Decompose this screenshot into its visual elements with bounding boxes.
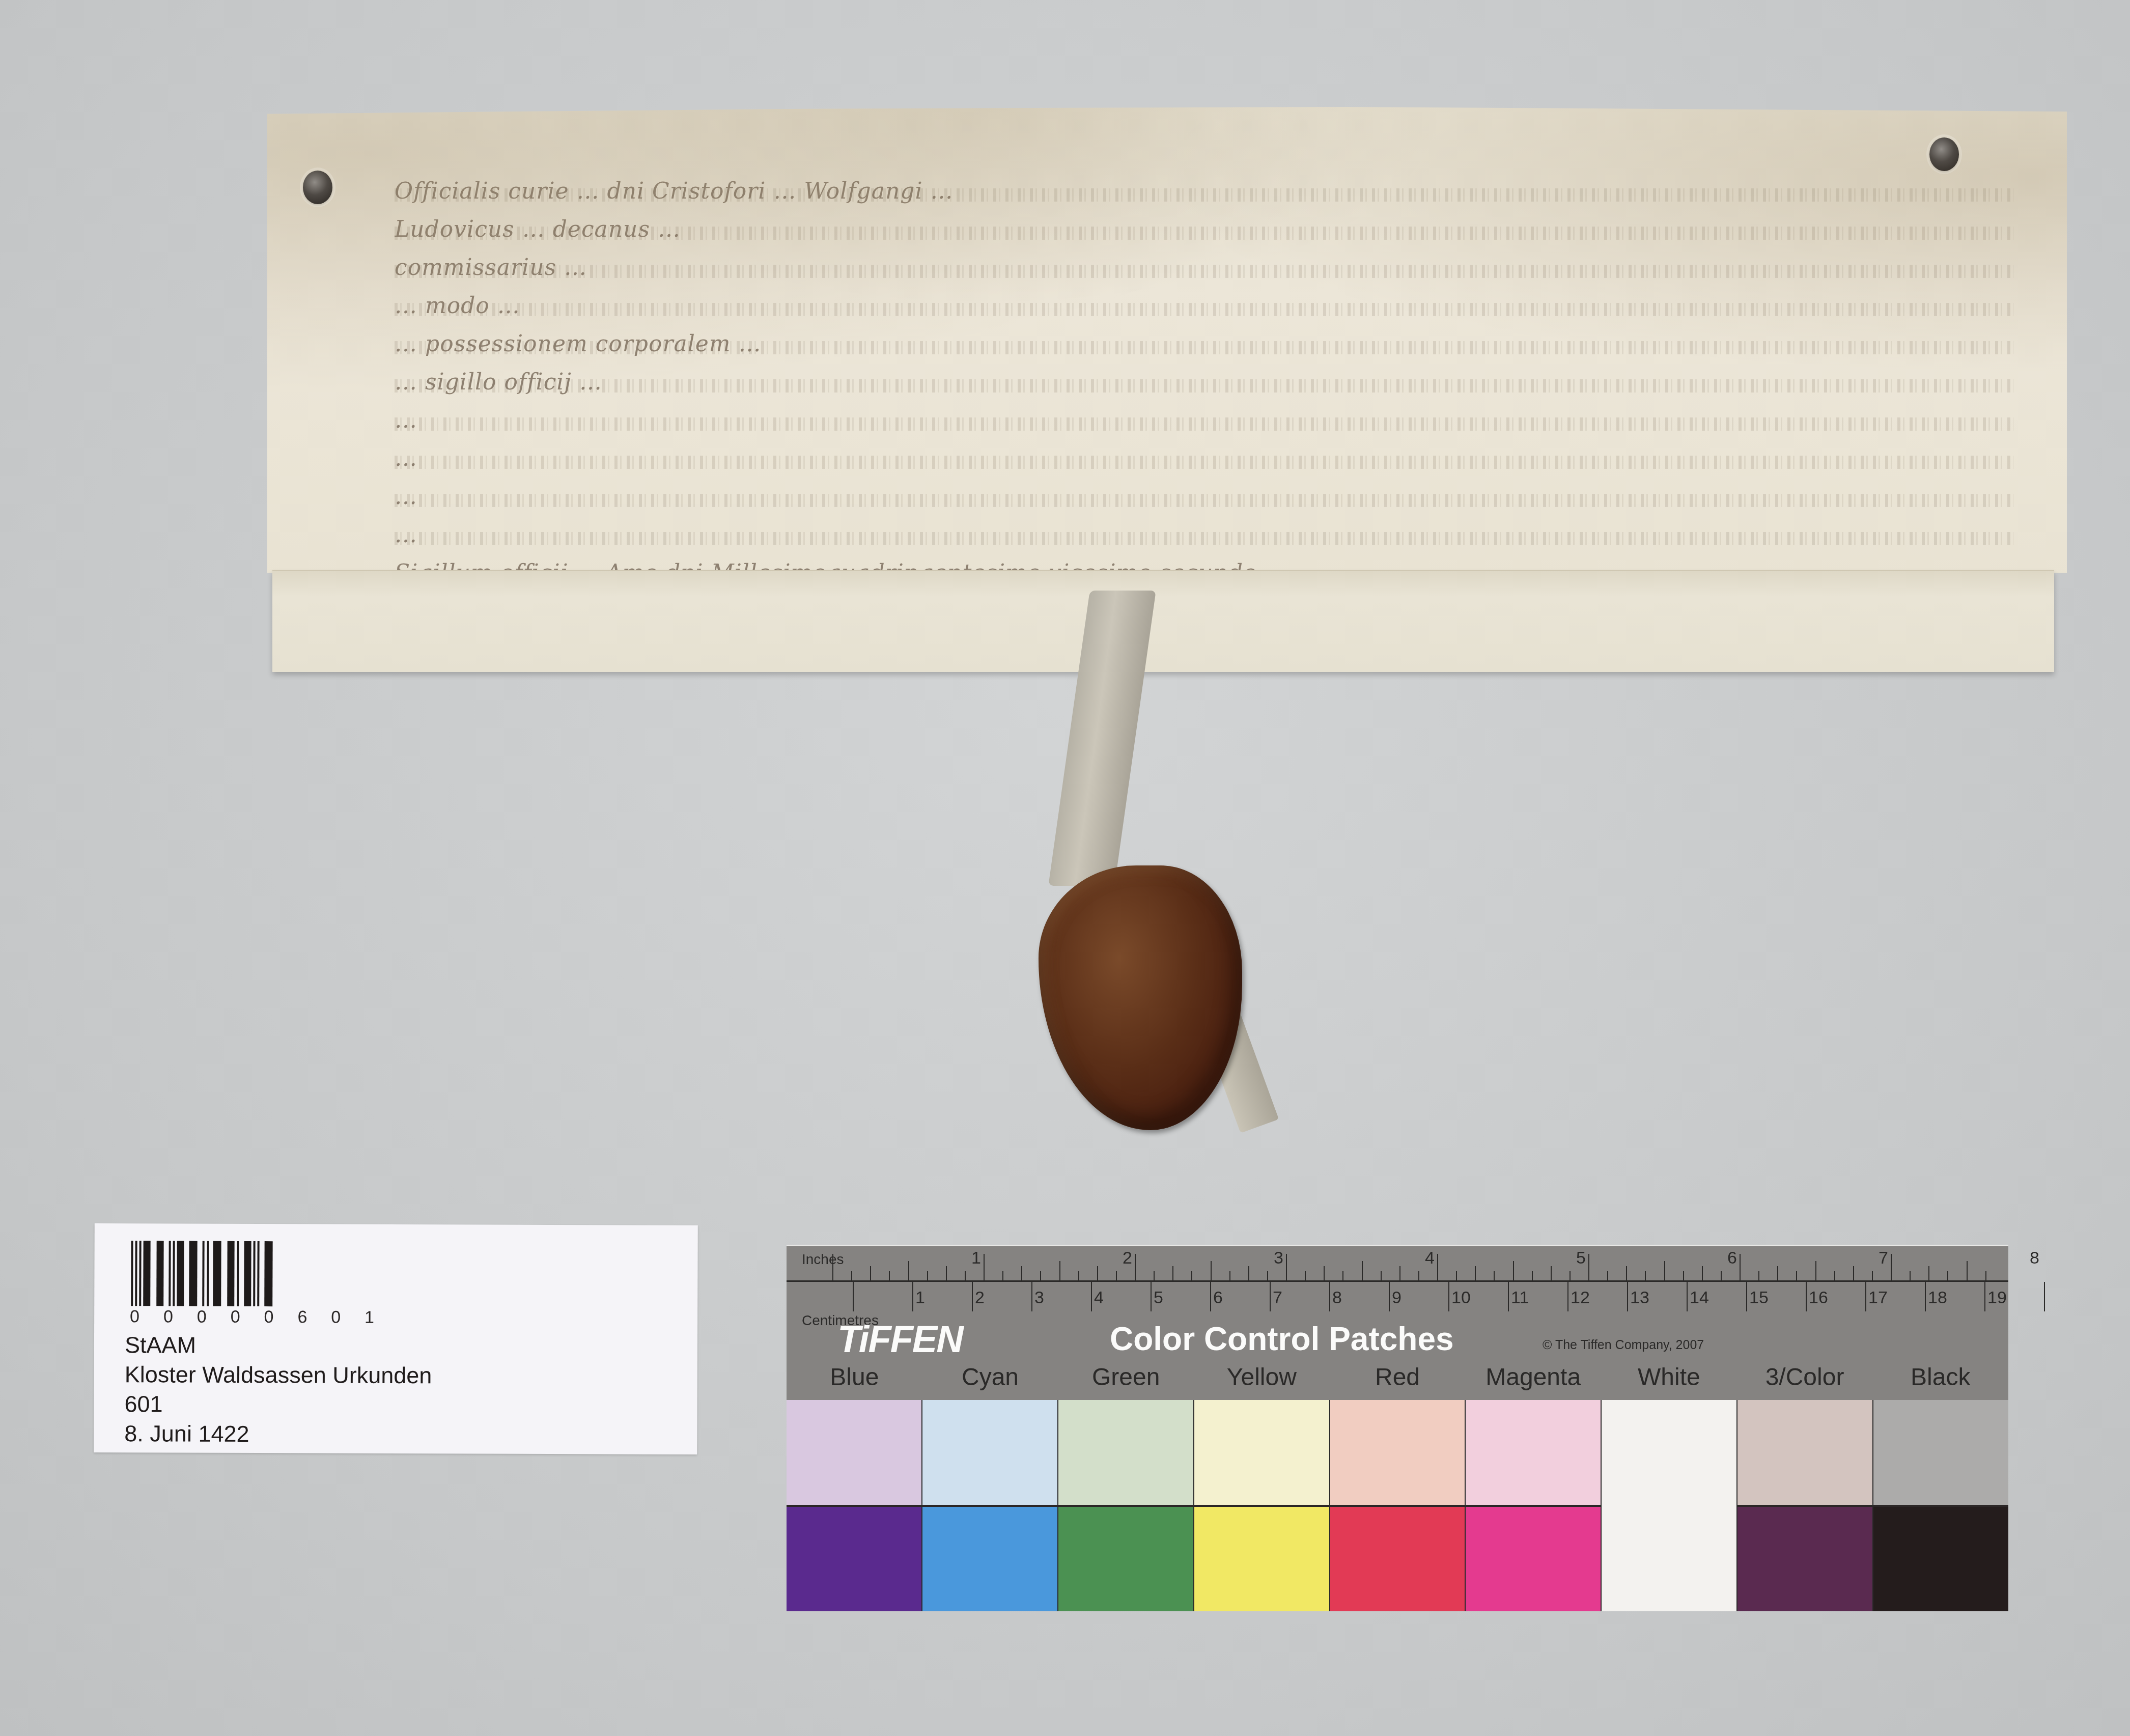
- mounting-rivet-right: [1929, 137, 1959, 171]
- cm-tick: [1687, 1282, 1688, 1311]
- inch-tick: [1362, 1261, 1363, 1280]
- inch-tick: [1683, 1271, 1684, 1280]
- copyright: © The Tiffen Company, 2007: [1543, 1338, 1704, 1353]
- patch-light: [1194, 1400, 1329, 1505]
- archive-label: 0 0 0 0 0 6 0 1 StAAM Kloster Waldsassen…: [94, 1223, 698, 1454]
- cm-number: 8: [1332, 1288, 1342, 1308]
- inch-number: 1: [971, 1248, 981, 1268]
- inch-tick: [1248, 1266, 1249, 1280]
- inch-tick: [1702, 1266, 1703, 1280]
- inch-tick: [1191, 1271, 1192, 1280]
- cm-tick: [1151, 1282, 1152, 1311]
- cm-tick: [1329, 1282, 1330, 1311]
- cm-tick: [1210, 1282, 1211, 1311]
- cm-number: 2: [975, 1288, 985, 1308]
- charter-text-area: Officialis curie … dni Cristofori … Wolf…: [267, 107, 2067, 573]
- cm-number: 17: [1868, 1288, 1888, 1308]
- inch-tick: [1116, 1271, 1117, 1280]
- inch-tick: [889, 1271, 890, 1280]
- cm-number: 1: [915, 1288, 925, 1308]
- color-patches: [787, 1400, 2008, 1611]
- inch-tick: [946, 1266, 947, 1280]
- inch-tick: [1626, 1266, 1627, 1280]
- inch-tick: [1286, 1254, 1287, 1280]
- charter-date: 8. Juni 1422: [124, 1419, 432, 1449]
- inch-tick: [1947, 1271, 1948, 1280]
- inch-tick: [1513, 1261, 1514, 1280]
- cm-tick: [1508, 1282, 1509, 1311]
- patch-light: [1873, 1400, 2008, 1505]
- inch-tick: [965, 1271, 966, 1280]
- script-line: … modo …: [395, 293, 2013, 324]
- patch-names: Blue Cyan Green Yellow Red Magenta White…: [787, 1363, 2008, 1391]
- inch-tick: [1570, 1271, 1571, 1280]
- patch-name-yellow: Yellow: [1194, 1363, 1330, 1391]
- patch-column-white: [1601, 1400, 1736, 1611]
- inch-tick: [1381, 1271, 1382, 1280]
- patch-column-3color: [1736, 1400, 1872, 1611]
- inch-tick: [1796, 1271, 1797, 1280]
- inch-tick: [1721, 1271, 1722, 1280]
- inch-tick: [1815, 1261, 1816, 1280]
- inch-tick: [1342, 1271, 1343, 1280]
- cm-number: 5: [1154, 1288, 1163, 1308]
- inch-tick: [1588, 1254, 1589, 1280]
- cm-tick: [1389, 1282, 1390, 1311]
- patch-column-red: [1329, 1400, 1465, 1611]
- inch-tick: [1002, 1271, 1003, 1280]
- patch-name-red: Red: [1330, 1363, 1466, 1391]
- script-line: …: [395, 522, 2013, 553]
- cm-tick: [853, 1282, 854, 1311]
- inch-number: 6: [1727, 1248, 1737, 1268]
- parchment-charter: Officialis curie … dni Cristofori … Wolf…: [267, 107, 2067, 672]
- cm-tick: [1448, 1282, 1449, 1311]
- cm-number: 7: [1273, 1288, 1282, 1308]
- inch-tick: [1494, 1271, 1495, 1280]
- inch-tick: [908, 1261, 909, 1280]
- inch-tick: [1154, 1271, 1155, 1280]
- mounting-rivet-left: [303, 171, 332, 204]
- inch-tick: [1475, 1266, 1476, 1280]
- script-line: commissarius …: [395, 255, 2013, 286]
- patch-light: [1330, 1400, 1465, 1505]
- cm-number: 16: [1809, 1288, 1828, 1308]
- collection: Kloster Waldsassen Urkunden: [125, 1360, 432, 1390]
- inches-label: Inches: [802, 1251, 844, 1268]
- cm-number: 12: [1571, 1288, 1590, 1308]
- handwritten-text: Officialis curie … dni Cristofori … Wolf…: [395, 178, 2013, 598]
- script-line: … possessionem corporalem …: [395, 331, 2013, 362]
- cm-number: 9: [1392, 1288, 1402, 1308]
- cm-tick: [2044, 1282, 2045, 1311]
- inch-tick: [1418, 1271, 1419, 1280]
- cm-tick: [1567, 1282, 1568, 1311]
- inch-tick: [1853, 1266, 1854, 1280]
- patch-dark: [787, 1505, 921, 1612]
- patch-light: [1058, 1400, 1193, 1505]
- script-line: … sigillo officij …: [395, 369, 2013, 401]
- label-text: StAAM Kloster Waldsassen Urkunden 601 8.…: [124, 1330, 432, 1449]
- inch-tick: [1607, 1271, 1608, 1280]
- patch-dark: [922, 1505, 1057, 1612]
- inch-tick: [1891, 1254, 1892, 1280]
- patch-name-green: Green: [1058, 1363, 1194, 1391]
- inch-tick: [1040, 1271, 1041, 1280]
- cm-number: 10: [1451, 1288, 1471, 1308]
- inch-tick: [1059, 1261, 1060, 1280]
- cm-number: 14: [1690, 1288, 1709, 1308]
- inch-tick: [927, 1271, 928, 1280]
- patch-light: [787, 1400, 921, 1505]
- cm-number: 6: [1213, 1288, 1223, 1308]
- patch-dark: [1330, 1505, 1465, 1612]
- tiffen-color-chart: Inches 123456781234567891011121314151617…: [787, 1245, 2008, 1611]
- patch-light: [1466, 1400, 1601, 1505]
- inch-tick: [1456, 1271, 1457, 1280]
- cm-number: 3: [1034, 1288, 1044, 1308]
- patch-column-magenta: [1465, 1400, 1601, 1611]
- inch-tick: [1967, 1261, 1968, 1280]
- ruler-line: [787, 1280, 2008, 1282]
- patch-column-cyan: [921, 1400, 1057, 1611]
- script-line: …: [395, 484, 2013, 515]
- script-line: Ludovicus … decanus …: [395, 216, 2013, 248]
- inch-tick: [851, 1271, 852, 1280]
- institution: StAAM: [125, 1330, 432, 1361]
- inch-tick: [832, 1254, 833, 1280]
- inch-tick: [1834, 1271, 1835, 1280]
- inch-tick: [1078, 1271, 1079, 1280]
- barcode-number: 0 0 0 0 0 6 0 1: [130, 1307, 374, 1328]
- cm-number: 11: [1511, 1288, 1529, 1308]
- inch-number: 7: [1879, 1248, 1888, 1268]
- cm-number: 18: [1928, 1288, 1947, 1308]
- script-line: …: [395, 445, 2013, 477]
- patch-column-yellow: [1193, 1400, 1329, 1611]
- patch-dark: [1873, 1505, 2008, 1612]
- inch-tick: [1211, 1261, 1212, 1280]
- inch-tick: [1928, 1266, 1929, 1280]
- inch-tick: [1740, 1254, 1741, 1280]
- patch-name-magenta: Magenta: [1465, 1363, 1601, 1391]
- cm-tick: [1984, 1282, 1985, 1311]
- inch-tick: [1872, 1271, 1873, 1280]
- inch-tick: [1758, 1271, 1759, 1280]
- script-line: …: [395, 407, 2013, 439]
- patch-dark: [1466, 1505, 1601, 1612]
- inch-number: 5: [1576, 1248, 1586, 1268]
- patch-light: [1737, 1400, 1872, 1505]
- inch-tick: [1021, 1266, 1022, 1280]
- inch-tick: [1399, 1266, 1400, 1280]
- inch-tick: [870, 1266, 871, 1280]
- inch-number: 2: [1123, 1248, 1132, 1268]
- inch-number: 8: [2030, 1248, 2039, 1268]
- inch-tick: [1910, 1271, 1911, 1280]
- cm-tick: [912, 1282, 913, 1311]
- patch-dark: [1194, 1505, 1329, 1612]
- inch-tick: [1985, 1271, 1986, 1280]
- patch-name-white: White: [1601, 1363, 1737, 1391]
- patch-light: [922, 1400, 1057, 1505]
- cm-number: 4: [1094, 1288, 1104, 1308]
- inch-number: 3: [1274, 1248, 1283, 1268]
- tiffen-logo: TiFFEN: [837, 1318, 963, 1361]
- inch-tick: [1229, 1271, 1230, 1280]
- inch-tick: [1551, 1266, 1552, 1280]
- inch-tick: [1324, 1266, 1325, 1280]
- cm-tick: [1925, 1282, 1926, 1311]
- patch-light: [1602, 1400, 1736, 1611]
- cm-tick: [1091, 1282, 1092, 1311]
- inch-tick: [984, 1254, 985, 1280]
- chart-title: Color Control Patches: [1110, 1320, 1454, 1358]
- patch-dark: [1737, 1505, 1872, 1612]
- script-line: Officialis curie … dni Cristofori … Wolf…: [395, 178, 2013, 210]
- inch-tick: [1437, 1254, 1438, 1280]
- patch-column-green: [1057, 1400, 1193, 1611]
- cm-tick: [972, 1282, 973, 1311]
- inch-tick: [1172, 1266, 1173, 1280]
- charter-number: 601: [124, 1389, 432, 1420]
- charter-plica-fold: [272, 570, 2054, 672]
- patch-dark: [1058, 1505, 1193, 1612]
- inch-tick: [1532, 1271, 1533, 1280]
- ruler-header: Inches 123456781234567891011121314151617…: [787, 1245, 2008, 1402]
- cm-tick: [1865, 1282, 1866, 1311]
- inch-tick: [1305, 1271, 1306, 1280]
- inch-tick: [1645, 1271, 1646, 1280]
- patch-name-black: Black: [1872, 1363, 2008, 1391]
- inch-tick: [1777, 1266, 1778, 1280]
- inch-number: 4: [1425, 1248, 1435, 1268]
- cm-tick: [1806, 1282, 1807, 1311]
- inch-tick: [1135, 1254, 1136, 1280]
- barcode: [131, 1241, 274, 1306]
- cm-number: 13: [1630, 1288, 1649, 1308]
- cm-tick: [1627, 1282, 1628, 1311]
- cm-number: 19: [1987, 1288, 2007, 1308]
- inch-tick: [1664, 1261, 1665, 1280]
- inch-tick: [1267, 1271, 1268, 1280]
- patch-name-cyan: Cyan: [922, 1363, 1058, 1391]
- patch-column-blue: [787, 1400, 921, 1611]
- patch-name-3color: 3/Color: [1737, 1363, 1873, 1391]
- inch-tick: [1097, 1266, 1098, 1280]
- cm-tick: [1270, 1282, 1271, 1311]
- cm-number: 15: [1749, 1288, 1769, 1308]
- cm-tick: [1746, 1282, 1747, 1311]
- patch-name-blue: Blue: [787, 1363, 922, 1391]
- cm-tick: [1031, 1282, 1032, 1311]
- patch-column-black: [1872, 1400, 2008, 1611]
